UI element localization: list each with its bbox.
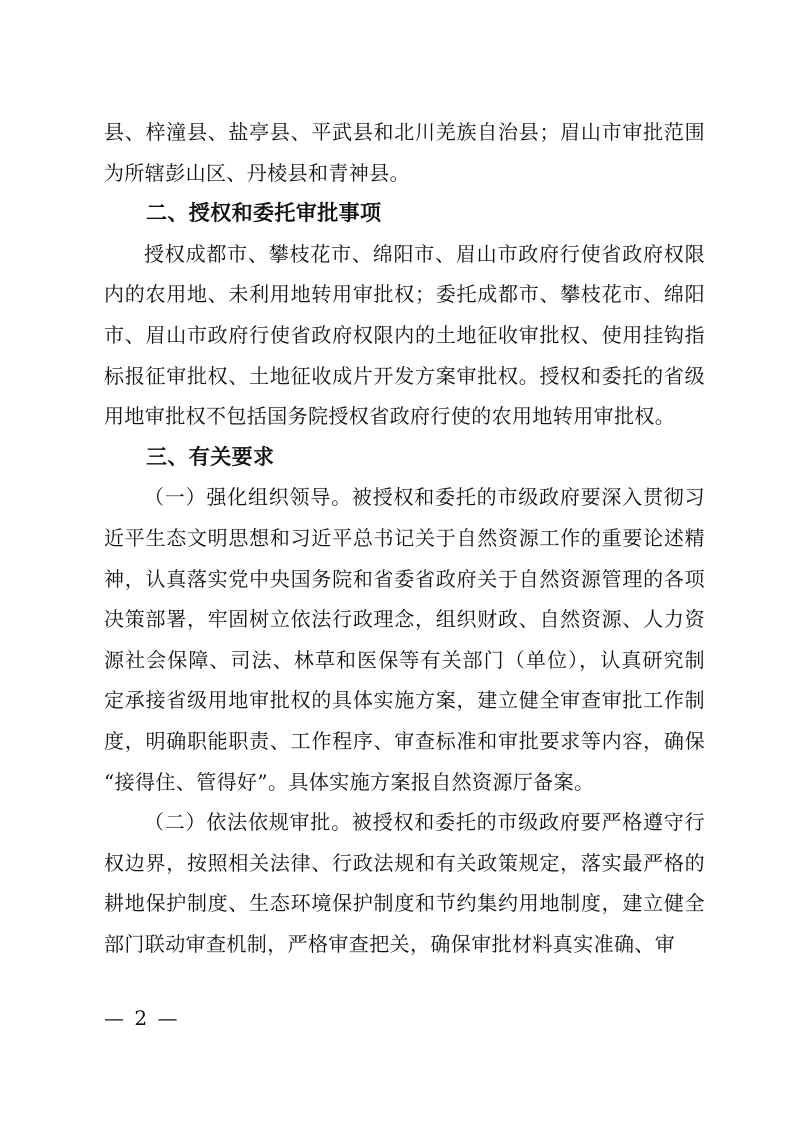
page-number: — 2 — [104,1004,179,1032]
paragraph-item-1: （一）强化组织领导。被授权和委托的市级政府要深入贯彻习近平生态文明思想和习近平总… [104,477,705,802]
paragraph-continuation: 县、梓潼县、盐亭县、平武县和北川羌族自治县；眉山市审批范围为所辖彭山区、丹棱县和… [104,112,705,193]
item-1-lead: （一）强化组织领导。 [144,485,352,509]
document-body: 县、梓潼县、盐亭县、平武县和北川羌族自治县；眉山市审批范围为所辖彭山区、丹棱县和… [104,112,705,964]
item-2-lead: （二）依法依规审批。 [144,810,352,834]
item-1-body: 被授权和委托的市级政府要深入贯彻习近平生态文明思想和习近平总书记关于自然资源工作… [104,485,705,793]
section-heading-2: 二、授权和委托审批事项 [104,193,705,234]
paragraph-item-2: （二）依法依规审批。被授权和委托的市级政府要严格遵守行权边界，按照相关法律、行政… [104,802,705,964]
section-heading-3: 三、有关要求 [104,437,705,478]
paragraph-authorization: 授权成都市、攀枝花市、绵阳市、眉山市政府行使省政府权限内的农用地、未利用地转用审… [104,234,705,437]
document-page: 县、梓潼县、盐亭县、平武县和北川羌族自治县；眉山市审批范围为所辖彭山区、丹棱县和… [0,0,800,1132]
